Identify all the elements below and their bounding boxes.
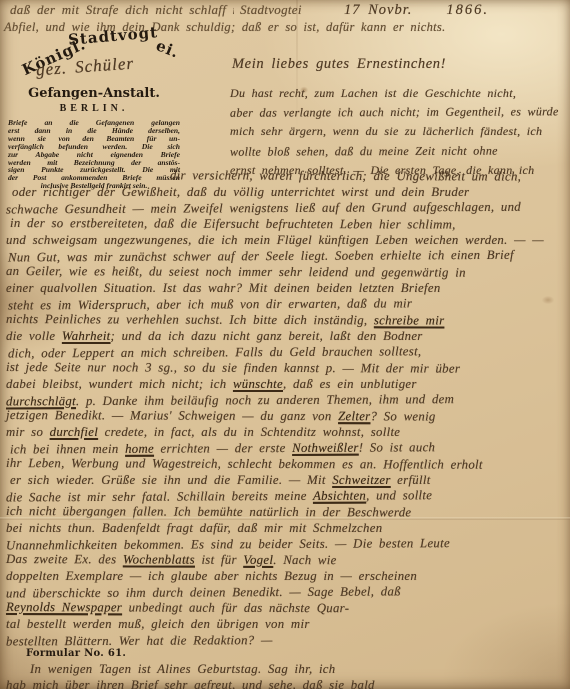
dateline-date: 17 Novbr. — [344, 2, 412, 19]
letterhead-block: Königl. Stadtvogt ei. gez. Schüler Gefan… — [8, 24, 190, 166]
letterhead-stamp-arc: ei. — [153, 36, 182, 61]
top-handwriting-row: daß der mit Strafe dich nicht schlaff ma… — [10, 2, 562, 19]
handwriting-line: ist jede Seite nur noch 3 sg., so du sie… — [6, 359, 566, 377]
institution-name: Gefangen-Anstalt. — [8, 86, 180, 101]
handwriting-line: tal bestellt werden muß, gleich den übri… — [6, 616, 566, 632]
handwriting-line: Reynolds Newspaper unbedingt auch für da… — [6, 599, 566, 617]
letterhead-stamp-arc: Stadtvogt — [67, 23, 158, 49]
handwriting-line: an Geiler, wie es heißt, du seiest noch … — [6, 263, 566, 281]
handwriting-line: einer qualvollen Situation. Ist das wahr… — [6, 280, 566, 296]
letter-page: daß der mit Strafe dich nicht schlaff ma… — [0, 0, 570, 689]
dateline-year: 1866. — [446, 2, 489, 19]
handwriting-line: aber das verlangte ich auch nicht; im Ge… — [230, 102, 568, 123]
top-handwriting-line-1: daß der mit Strafe dich nicht schlaff ma… — [10, 2, 234, 18]
fold-crease-vertical — [296, 0, 298, 130]
handwriting-footer: In wenigen Tagen ist Alines Geburtstag. … — [6, 661, 566, 689]
handwriting-line: Du hast recht, zum Lachen ist die Geschi… — [230, 84, 568, 103]
dateline-place: Stadtvogtei — [240, 2, 318, 18]
handwriting-line: jetzigen Benedikt. — Marius' Schweigen —… — [6, 407, 566, 425]
fold-crease-horizontal — [0, 517, 570, 520]
handwriting-line: und schweigsam ungezwungenes, die ich me… — [6, 232, 566, 248]
handwriting-line: die volle Wahrheit; und da ich dazu nich… — [6, 328, 566, 344]
handwriting-line: mich sehr ärgern, wenn du sie zu lächerl… — [230, 122, 568, 141]
handwriting-right-column: Du hast recht, zum Lachen ist die Geschi… — [230, 84, 568, 180]
handwriting-line: hab mich über ihren Brief sehr gefreut, … — [6, 677, 566, 689]
handwriting-body: dir versichern, waren fürchterlich; die … — [6, 168, 566, 648]
handwriting-line: dir versichern, waren fürchterlich; die … — [170, 167, 566, 184]
form-number: Formular No. 61. — [26, 648, 126, 659]
handwriting-line: wollte bloß sehen, daß du meine Zeit nic… — [230, 141, 568, 162]
handwriting-line: bei nichts thun. Badenfeldt fragt dafür,… — [6, 520, 566, 536]
handwriting-line: er sich wieder. Grüße sie ihn und die Fa… — [10, 472, 566, 488]
handwriting-line: mir so durchfiel credete, in fact, als d… — [6, 424, 566, 440]
handwriting-line: Das zweite Ex. des Wochenblatts ist für … — [6, 551, 566, 569]
salutation: Mein liebes gutes Ernestinchen! — [232, 56, 446, 73]
handwriting-line: dabei bleibst, wundert mich nicht; ich w… — [6, 376, 566, 392]
handwriting-line: nichts Peinliches zu verhehlen suchst. I… — [6, 311, 566, 329]
handwriting-line: ihr Leben, Werbung und Wagestreich, schl… — [6, 455, 566, 473]
handwriting-line: In wenigen Tagen ist Alines Geburtstag. … — [30, 661, 566, 677]
handwriting-line: doppelten Exemplare — ich glaube aber ni… — [6, 568, 566, 584]
city-name: BERLIN. — [8, 103, 180, 114]
handwriting-line: in der so erstbereiteten, daß die Eifers… — [10, 215, 566, 233]
handwriting-line: oder richtiger der Gewißheit, daß du völ… — [12, 184, 566, 200]
handwriting-line: bestellten Blättern. Wer hat die Redakti… — [6, 631, 566, 650]
